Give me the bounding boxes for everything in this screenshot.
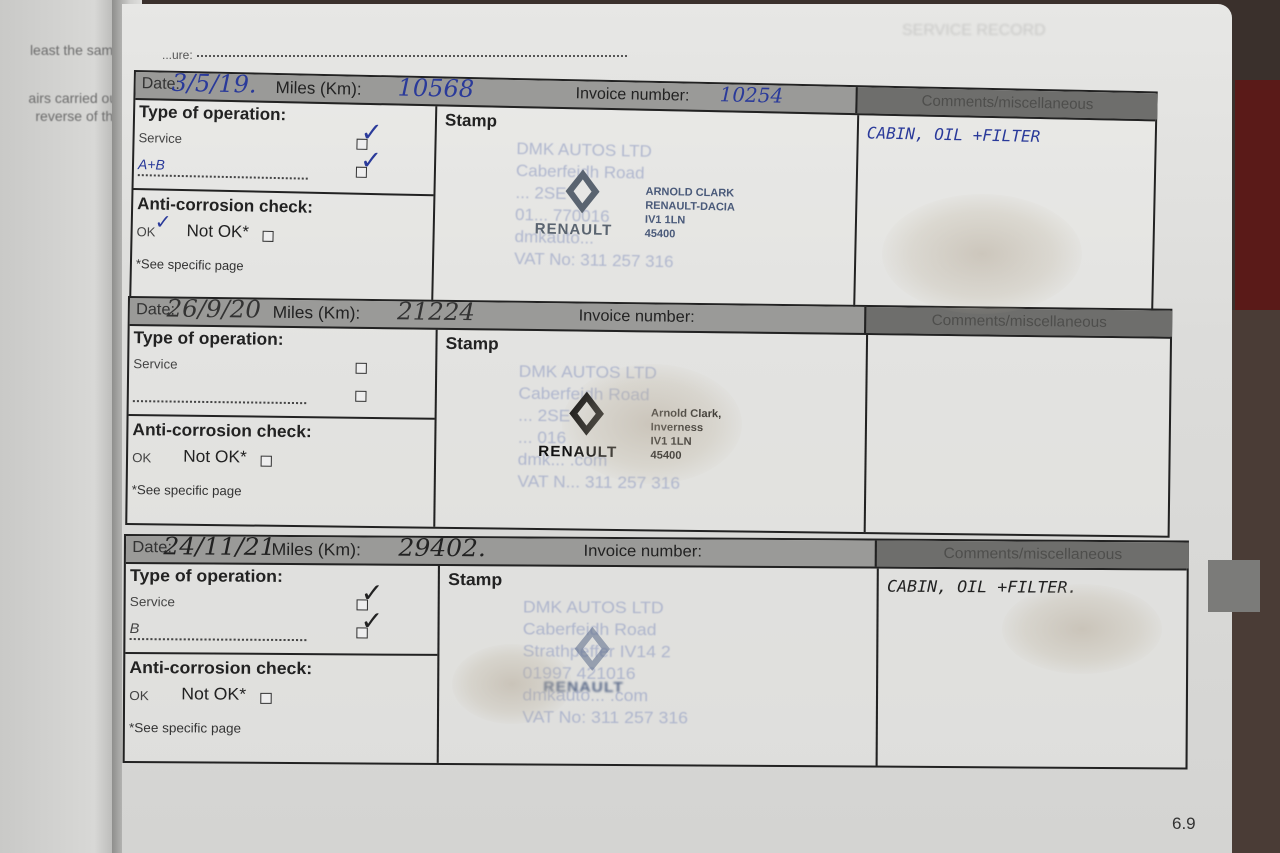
operation-section: Type of operation: Service ✓ A+B ✓ Anti-…: [131, 100, 437, 303]
section-tab-marker: [1208, 560, 1260, 612]
miles-label: Miles (Km):: [275, 78, 361, 100]
type-of-operation-label: Type of operation:: [133, 328, 283, 350]
renault-logo-icon: [572, 625, 612, 673]
see-page-note: *See specific page: [136, 256, 244, 273]
miles-value: 21224: [397, 297, 475, 326]
checkmark-icon: ✓: [360, 147, 382, 173]
ok-label: OK: [129, 688, 149, 703]
service-checkbox[interactable]: [356, 363, 367, 374]
water-stain: [562, 364, 742, 484]
water-stain: [452, 644, 572, 724]
checkmark-icon: ✓: [360, 119, 382, 145]
comments-value: CABIN, OIL +FILTER: [867, 123, 1041, 146]
checkmark-icon: ✓: [361, 579, 384, 605]
miles-value: 10568: [397, 74, 474, 104]
service-label: Service: [138, 130, 182, 146]
not-ok-label: Not OK*: [186, 221, 249, 242]
extra-operation-line: A+B: [138, 156, 308, 180]
see-page-note: *See specific page: [129, 720, 241, 736]
right-page: ...ure: SERVICE RECORD Date: 3/5/19. Mil…: [122, 4, 1232, 853]
divider: [129, 414, 435, 420]
not-ok-checkbox[interactable]: [261, 456, 272, 467]
invoice-label: Invoice number:: [575, 85, 689, 105]
signature-line: ...ure:: [162, 48, 627, 62]
date-value: 3/5/19.: [171, 69, 256, 99]
invoice-label: Invoice number:: [579, 308, 695, 327]
invoice-label: Invoice number:: [584, 543, 703, 562]
not-ok-label: Not OK*: [181, 684, 246, 704]
extra-operation-line: B: [130, 620, 307, 641]
comments-header: Comments/miscellaneous: [855, 87, 1157, 119]
miles-label: Miles (Km):: [272, 540, 362, 561]
stamp-label: Stamp: [446, 334, 499, 355]
water-stain: [1002, 584, 1162, 674]
water-stain: [882, 194, 1082, 314]
extra-operation-checkbox[interactable]: [355, 391, 366, 402]
anticorrosion-label: Anti-corrosion check:: [132, 420, 311, 442]
operation-section: Type of operation: Service ✓ B ✓ Anti-co…: [125, 564, 440, 763]
comments-header: Comments/miscellaneous: [875, 541, 1189, 569]
type-of-operation-label: Type of operation:: [139, 102, 286, 125]
not-ok-checkbox[interactable]: [260, 693, 272, 704]
extra-operation-line: [133, 382, 307, 404]
operation-section: Type of operation: Service ✓ ✓ Anti-corr…: [127, 326, 437, 527]
not-ok-label: Not OK*: [183, 447, 247, 468]
miles-label: Miles (Km):: [273, 303, 361, 324]
stamp-label: Stamp: [448, 570, 502, 590]
see-page-note: *See specific page: [132, 482, 242, 498]
left-page-text: reverse of the: [35, 108, 121, 124]
ok-label: OK: [136, 224, 155, 239]
date-value: 26/9/20: [166, 294, 261, 323]
miles-value: 29402.: [398, 534, 486, 563]
stamp-brand: RENAULT: [535, 220, 613, 239]
comments-section: [864, 335, 1172, 536]
divider: [125, 652, 437, 656]
bleed-through-text: SERVICE RECORD: [902, 22, 1046, 40]
date-value: 24/11/21: [163, 532, 275, 561]
comments-header: Comments/miscellaneous: [864, 307, 1172, 337]
renault-logo-icon: [563, 167, 602, 216]
service-label: Service: [133, 356, 177, 372]
checkmark-icon: ✓: [155, 212, 172, 232]
left-page-text: airs carried out: [28, 90, 121, 106]
signature-label: ...ure:: [162, 48, 193, 62]
not-ok-checkbox[interactable]: [262, 231, 273, 242]
type-of-operation-label: Type of operation:: [130, 566, 283, 587]
ok-label: OK: [132, 450, 151, 465]
checkmark-icon: ✓: [361, 607, 384, 633]
service-label: Service: [130, 594, 175, 609]
left-page-text: least the same: [30, 42, 121, 58]
stamp-section: Stamp DMK AUTOS LTD Caberfeidh Road ... …: [433, 106, 857, 312]
background-object: [1235, 80, 1280, 310]
anticorrosion-label: Anti-corrosion check:: [129, 658, 312, 679]
page-number: 6.9: [1172, 814, 1196, 834]
stamp-label: Stamp: [445, 111, 497, 132]
invoice-value: 10254: [719, 82, 783, 107]
stamp-address: ARNOLD CLARKRENAULT-DACIAIV1 1LN45400: [645, 185, 736, 243]
